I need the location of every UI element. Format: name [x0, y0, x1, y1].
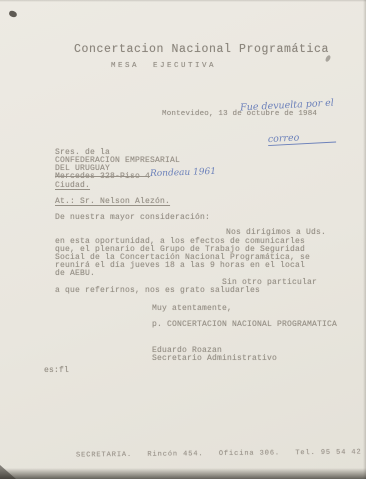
typist-initials: es:fl — [44, 366, 69, 375]
ink-blotch-artifact — [8, 10, 17, 18]
signer-title: Secretario Administrativo — [152, 354, 277, 363]
body-paragraph1-lead: Nos dirigimos a Uds. — [226, 228, 326, 237]
dateline: Montevideo, 13 de octubre de 1984 — [162, 110, 317, 119]
handwritten-corrected-address: Rondeau 1961 — [150, 167, 216, 179]
salutation: De nuestra mayor consideración: — [55, 213, 210, 222]
scan-edge-top — [0, 0, 366, 2]
attention-line: At.: Sr. Nelson Alezón. — [55, 197, 170, 206]
body-paragraph2-line: a que referirnos, nos es grato saludarle… — [55, 286, 260, 295]
recipient-city: Ciudad. — [55, 181, 90, 190]
signature-organization: p. CONCERTACION NACIONAL PROGRAMATICA — [152, 320, 337, 329]
footer-address: SECRETARIA. Rincón 454. Oficina 306. Tel… — [76, 449, 362, 461]
closing-salutation: Muy atentamente, — [152, 304, 232, 313]
handwritten-return-note-line2: correo — [268, 131, 336, 147]
scan-edge-bottom — [0, 468, 366, 479]
scanned-letter-page: Concertacion Nacional Programática MESA … — [0, 0, 366, 479]
scan-corner-shadow — [0, 465, 16, 479]
body-paragraph1-line: de AEBU. — [55, 269, 95, 278]
letterhead-title: Concertacion Nacional Programática — [74, 45, 329, 54]
recipient-struck-address: Mercedes 328-Piso 4 — [55, 172, 150, 181]
handwritten-return-note: Fue devuelta por el correo — [239, 76, 337, 170]
letterhead-subtitle: MESA EJECUTIVA — [111, 62, 216, 71]
